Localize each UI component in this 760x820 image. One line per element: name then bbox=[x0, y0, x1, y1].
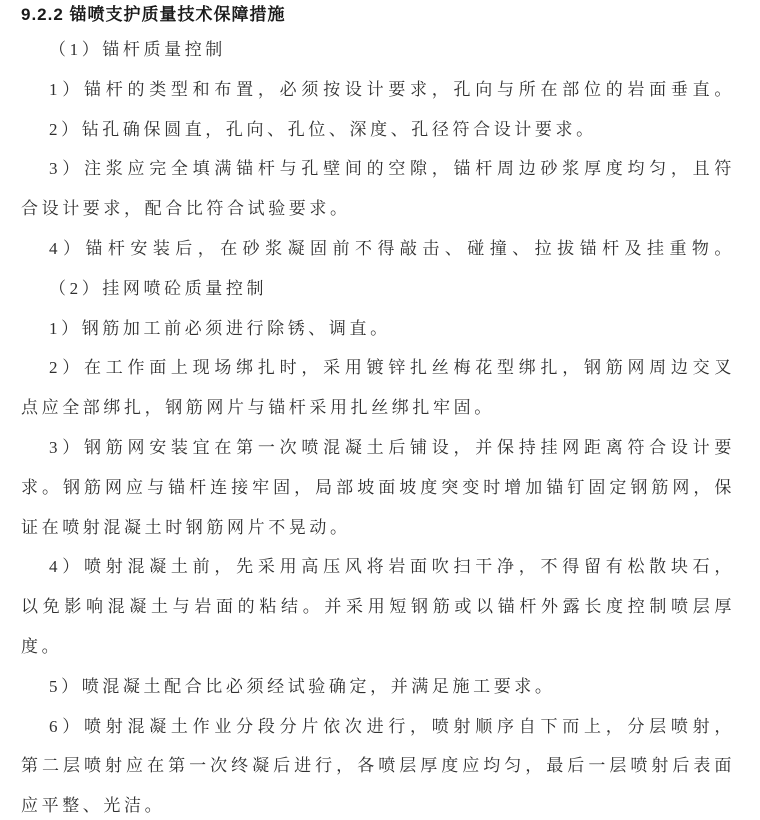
text-line: 3）注浆应完全填满锚杆与孔壁间的空隙，锚杆周边砂浆厚度均匀，且符 bbox=[21, 149, 735, 189]
text-line: 2）钻孔确保圆直，孔向、孔位、深度、孔径符合设计要求。 bbox=[21, 110, 735, 150]
subsection-heading-line: （2）挂网喷砼质量控制 bbox=[21, 269, 735, 309]
text-line: 4）锚杆安装后，在砂浆凝固前不得敲击、碰撞、拉拔锚杆及挂重物。 bbox=[21, 229, 735, 269]
text-line: 3）钢筋网安装宜在第一次喷混凝土后铺设，并保持挂网距离符合设计要 bbox=[21, 428, 735, 468]
text-line: 5）喷混凝土配合比必须经试验确定，并满足施工要求。 bbox=[21, 667, 735, 707]
section-heading: 9.2.2 锚喷支护质量技术保障措施 bbox=[21, 0, 735, 30]
text-line: 证在喷射混凝土时钢筋网片不晃动。 bbox=[21, 508, 735, 548]
text-line: 6）喷射混凝土作业分段分片依次进行，喷射顺序自下而上，分层喷射， bbox=[21, 707, 735, 747]
document-page: 9.2.2 锚喷支护质量技术保障措施 （1）锚杆质量控制 1）锚杆的类型和布置，… bbox=[0, 0, 760, 820]
text-line: 度。 bbox=[21, 627, 735, 667]
text-line: 1）锚杆的类型和布置，必须按设计要求，孔向与所在部位的岩面垂直。 bbox=[21, 70, 735, 110]
text-line: 1）钢筋加工前必须进行除锈、调直。 bbox=[21, 309, 735, 349]
text-line: 4）喷射混凝土前，先采用高压风将岩面吹扫干净，不得留有松散块石， bbox=[21, 547, 735, 587]
subsection-heading-line: （1）锚杆质量控制 bbox=[21, 30, 735, 70]
text-line: 应平整、光洁。 bbox=[21, 786, 735, 820]
text-line: 以免影响混凝土与岩面的粘结。并采用短钢筋或以锚杆外露长度控制喷层厚 bbox=[21, 587, 735, 627]
text-line: 合设计要求，配合比符合试验要求。 bbox=[21, 189, 735, 229]
text-line: 点应全部绑扎，钢筋网片与锚杆采用扎丝绑扎牢固。 bbox=[21, 388, 735, 428]
text-line: 第二层喷射应在第一次终凝后进行，各喷层厚度应均匀，最后一层喷射后表面 bbox=[21, 746, 735, 786]
text-line: 求。钢筋网应与锚杆连接牢固，局部坡面坡度突变时增加锚钉固定钢筋网，保 bbox=[21, 468, 735, 508]
text-line: 2）在工作面上现场绑扎时，采用镀锌扎丝梅花型绑扎，钢筋网周边交叉 bbox=[21, 348, 735, 388]
